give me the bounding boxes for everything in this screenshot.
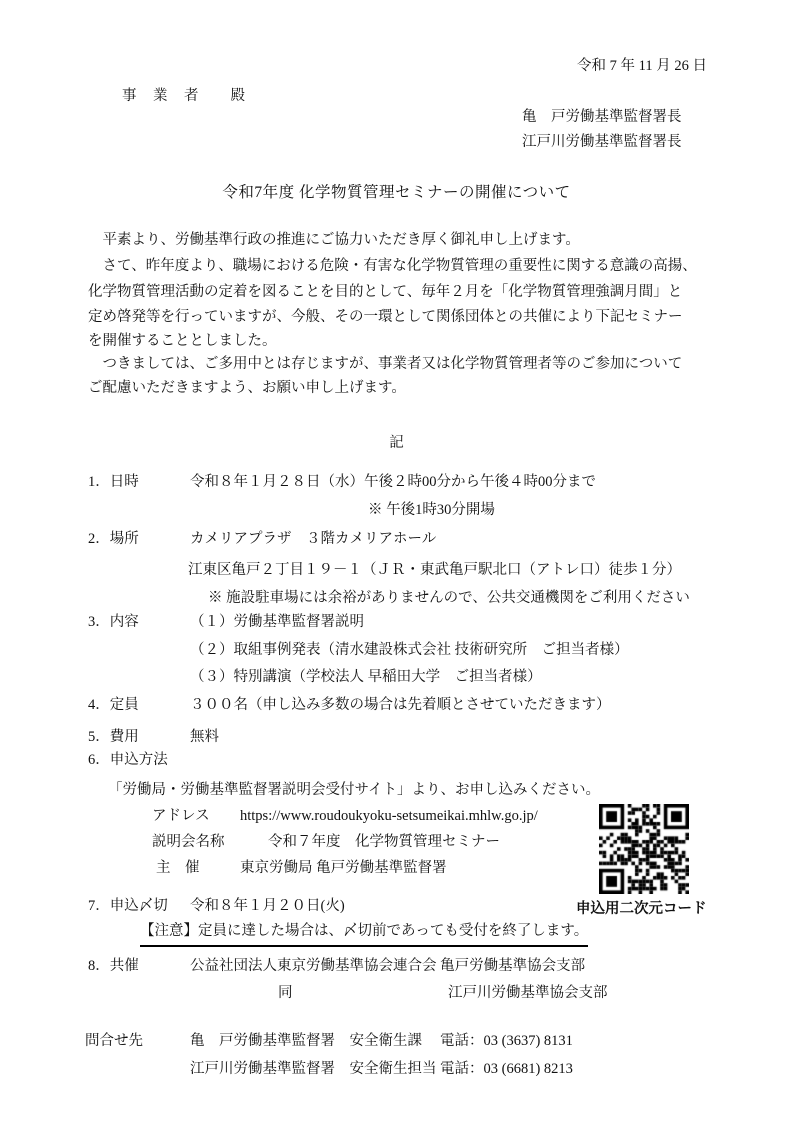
contact-phone-1: 電話：03 (3637) 8131 [440, 1031, 573, 1051]
recipient: 事 業 者 殿 [122, 86, 246, 106]
section-8-cohost-2: 江戸川労働基準協会支部 [448, 983, 608, 1003]
section-3-item-1: （１）労働基準監督署説明 [190, 612, 364, 632]
section-8-cohost-1: 公益社団法人東京労働基準協会連合会 亀戸労働基準協会支部 [190, 956, 585, 976]
record-mark: 記 [0, 433, 793, 453]
section-6-seminar-name-label: 説明会名称 [152, 832, 225, 852]
section-7-caution-note: 【注意】定員に達した場合は、〆切前であっても受付を終了します。 [140, 921, 588, 947]
issue-date: 令和 7 年 11 月 26 日 [577, 56, 707, 76]
intro-line-7: ご配慮いただきますよう、お願い申し上げます。 [88, 378, 406, 398]
section-4-capacity: ３００名（申し込み多数の場合は先着順とさせていただきます） [190, 695, 611, 715]
contact-office-2: 江戸川労働基準監督署 安全衛生担当 [190, 1059, 437, 1079]
section-2-parking-note: ※ 施設駐車場には余裕がありませんので、公共交通機関をご利用ください [208, 588, 690, 608]
section-5-label: 5．費用 [88, 727, 139, 747]
section-2-address: 江東区亀戸２丁目１９－１（ＪＲ・東武亀戸駅北口（アトレ口）徒歩１分） [188, 560, 681, 580]
section-6-seminar-name: 令和７年度 化学物質管理セミナー [268, 832, 500, 852]
section-1-doors-open: ※ 午後1時30分開場 [368, 500, 495, 520]
section-7-label: 7．申込〆切 [88, 896, 168, 916]
section-1-datetime: 令和８年１月２８日（水）午後２時00分から午後４時00分まで [190, 472, 596, 492]
section-2-venue: カメリアプラザ ３階カメリアホール [190, 529, 436, 549]
contact-label: 問合せ先 [85, 1031, 143, 1051]
section-3-item-3: （３）特別講演（学校法人 早稲田大学 ご担当者様） [190, 667, 542, 687]
section-6-host-label: 主 催 [156, 858, 200, 878]
sender-edogawa: 江戸川労働基準監督署長 [522, 132, 682, 152]
section-4-label: 4．定員 [88, 695, 139, 715]
contact-office-1: 亀 戸労働基準監督署 安全衛生課 [190, 1031, 422, 1051]
intro-line-2: さて、昨年度より、職場における危険・有害な化学物質管理の重要性に関する意識の高揚… [88, 256, 697, 276]
sender-kameido: 亀 戸労働基準監督署長 [522, 107, 682, 127]
section-6-address-label: アドレス [152, 806, 210, 826]
intro-line-5: を開催することとしました。 [88, 331, 277, 351]
section-6-host: 東京労働局 亀戸労働基準監督署 [240, 858, 447, 878]
document-page: 令和 7 年 11 月 26 日 事 業 者 殿 亀 戸労働基準監督署長 江戸川… [0, 0, 793, 1122]
page-title: 令和7年度 化学物質管理セミナーの開催について [0, 183, 793, 203]
application-qr-code [599, 804, 689, 894]
qr-code-caption: 申込用二次元コード [576, 899, 707, 919]
section-6-label: 6．申込方法 [88, 750, 168, 770]
intro-line-3: 化学物質管理活動の定着を図ることを目的として、毎年２月を「化学物質管理強調月間」… [88, 282, 682, 302]
section-3-label: 3．内容 [88, 612, 139, 632]
intro-line-1: 平素より、労働基準行政の推進にご協力いただき厚く御礼申し上げます。 [88, 230, 580, 250]
intro-line-6: つきましては、ご多用中とは存じますが、事業者又は化学物質管理者等のご参加について [88, 354, 682, 374]
contact-phone-2: 電話：03 (6681) 8213 [440, 1059, 573, 1079]
intro-line-4: 定め啓発等を行っていますが、今般、その一環として関係団体との共催により下記セミナ… [88, 307, 683, 327]
section-1-label: 1．日時 [88, 472, 139, 492]
section-6-apply-site: 「労働局・労働基準監督署説明会受付サイト」より、お申し込みください。 [108, 780, 600, 800]
section-2-label: 2．場所 [88, 529, 139, 549]
section-8-ditto-mark: 同 [278, 983, 293, 1003]
section-5-fee: 無料 [190, 727, 219, 747]
section-3-item-2: （２）取組事例発表（清水建設株式会社 技術研究所 ご担当者様） [190, 640, 629, 660]
section-7-deadline: 令和８年１月２０日(火) [190, 896, 345, 916]
section-6-address-url[interactable]: https://www.roudoukyoku-setsumeikai.mhlw… [240, 806, 538, 826]
section-8-label: 8．共催 [88, 956, 139, 976]
